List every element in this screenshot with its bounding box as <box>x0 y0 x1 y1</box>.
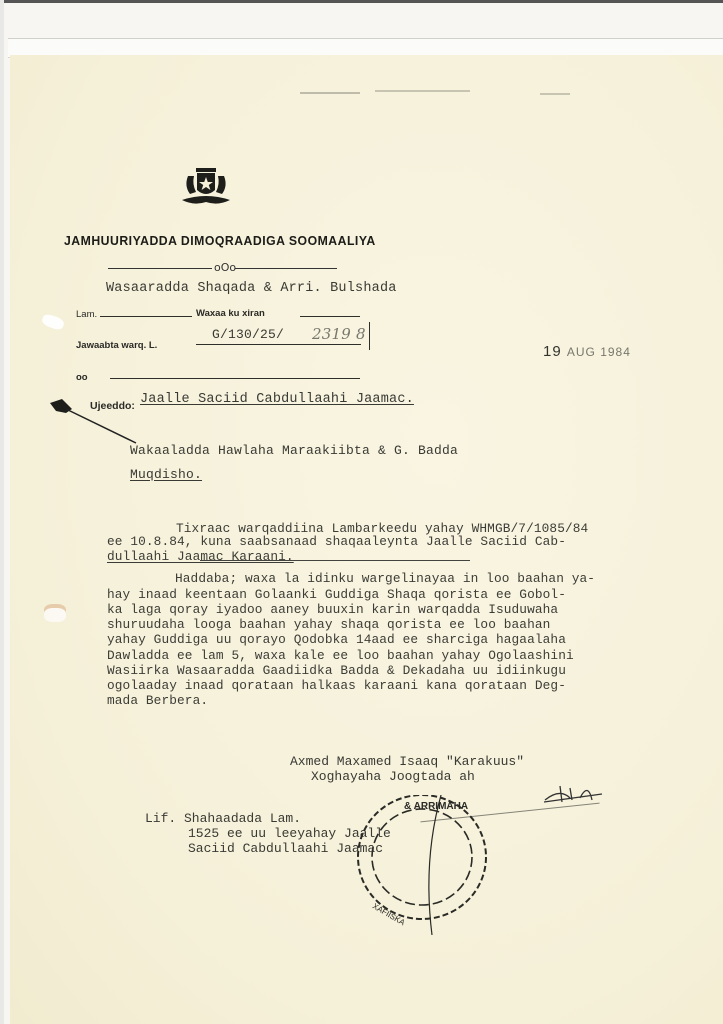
jawaabta-line <box>196 344 361 345</box>
somalia-coat-of-arms-icon <box>178 164 234 208</box>
pen-stroke <box>369 322 370 350</box>
body-line: Wasiirka Wasaaradda Gaadiidka Badda & De… <box>107 663 566 678</box>
ministry-name: Wasaaradda Shaqada & Arri. Bulshada <box>106 281 397 296</box>
recipient-line-2: Muqdisho. <box>130 467 202 482</box>
official-stamp-icon: & ARRIMAHA XAFIISKA <box>352 795 497 935</box>
handwritten-reference: 2319 8 <box>312 325 366 343</box>
stamp-text-bottom: XAFIISKA <box>371 902 407 928</box>
body-line: shuruudaha looga baahan yahay shaqa qori… <box>107 617 550 632</box>
signatory-title: Xoghayaha Joogtada ah <box>311 769 475 784</box>
body-line: ka laga qoray iyadoo aaney buuxin karin … <box>107 602 558 617</box>
strike-line <box>200 560 470 561</box>
oo-field-line <box>110 378 360 379</box>
date-stamp: 19 AUG 1984 <box>543 343 631 360</box>
ornament: oOo <box>214 261 236 274</box>
body-line: hay inaad keentaan Golaanki Guddiga Shaq… <box>107 587 566 602</box>
date-month-year: AUG 1984 <box>567 345 631 359</box>
scan-top-edge <box>0 0 723 3</box>
body-line: dullaahi Jaamac Karaani. <box>107 549 294 564</box>
scan-speckle <box>300 92 360 94</box>
jawaabta-value: G/130/25/ <box>212 327 284 342</box>
waxaa-ku-xiran-line <box>300 316 360 317</box>
scan-left-edge <box>0 0 4 1024</box>
recipient-line-1: Wakaaladda Hawlaha Maraakiibta & G. Badd… <box>130 443 458 458</box>
oo-label: oo <box>76 372 88 383</box>
ujeeddo-value: Jaalle Saciid Cabdullaahi Jaamac. <box>140 392 414 407</box>
signatory-name: Axmed Maxamed Isaaq "Karakuus" <box>290 754 524 769</box>
divider <box>108 268 212 269</box>
country-heading: JAMHUURIYADDA DIMOQRAADIGA SOOMAALIYA <box>64 234 376 248</box>
body-line: mada Berbera. <box>107 693 208 708</box>
body-line: ogolaaday inaad qorataan halkaas karaani… <box>107 678 566 693</box>
scan-speckle <box>540 93 570 95</box>
waxaa-ku-xiran-label: Waxaa ku xiran <box>196 308 265 319</box>
jawaabta-label: Jawaabta warq. L. <box>76 340 157 351</box>
divider <box>235 268 337 269</box>
body-line: Dawladda ee lam 5, waxa kale ee loo baah… <box>107 648 574 663</box>
lam-label: Lam. <box>76 309 97 320</box>
stamp-text-top: & ARRIMAHA <box>404 801 468 812</box>
paper-tear <box>44 608 66 622</box>
enclosure-line-1: Lif. Shahaadada Lam. <box>145 811 301 826</box>
body-line: Haddaba; waxa la idinku wargelinayaa in … <box>175 571 595 586</box>
date-day: 19 <box>543 343 562 360</box>
body-line: yahay Guddiga uu qorayo Qodobka 14aad ee… <box>107 632 566 647</box>
lam-field-line <box>100 316 192 317</box>
body-line: ee 10.8.84, kuna saabsanaad shaqaaleynta… <box>107 534 566 549</box>
scan-speckle <box>375 90 470 92</box>
